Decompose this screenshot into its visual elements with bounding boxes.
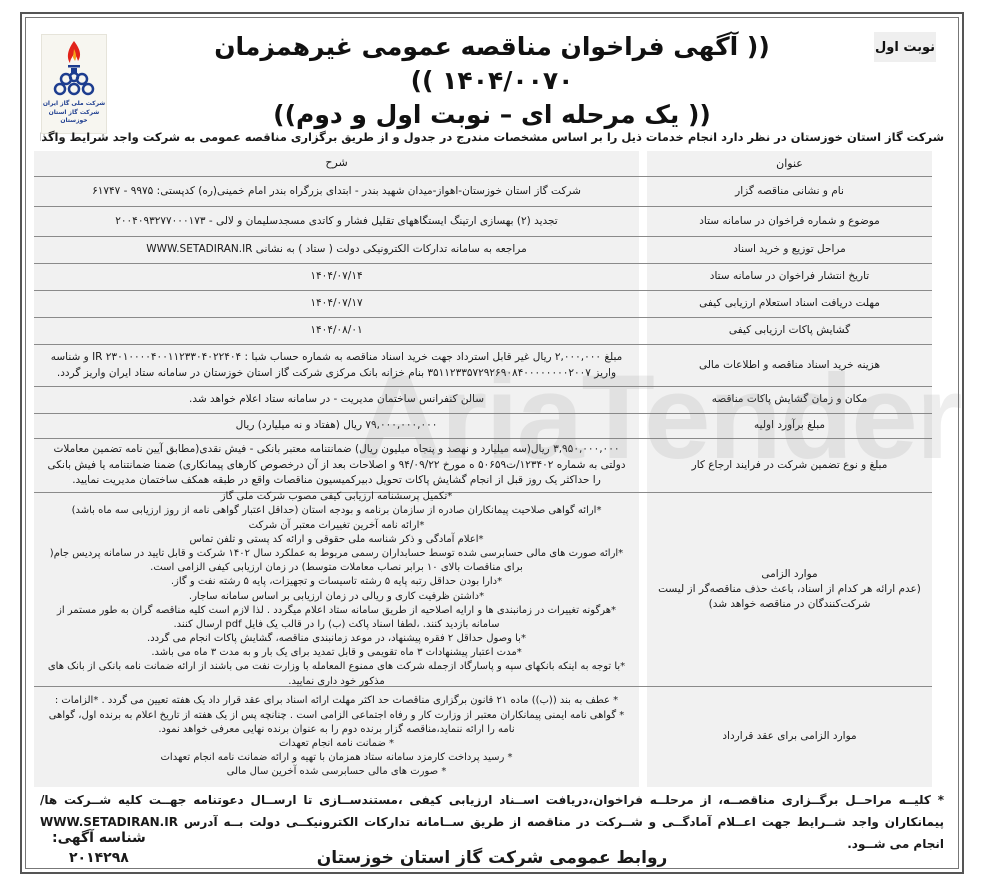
- list-item: *داشتن ظرفیت کاری و ریالی در زمان ارزیاب…: [189, 590, 484, 604]
- ad-identifier: شناسه آگهی: ۲۰۱۴۲۹۸: [52, 828, 146, 868]
- column-header-description: شرح: [34, 151, 639, 176]
- table-row-contract-requirements: موارد الزامی برای عقد قرارداد * عطف به ب…: [34, 687, 932, 787]
- list-item: *ارائه نامه آخرین تغییرات معتبر آن شرکت: [249, 519, 425, 533]
- issue-badge: نوبت اول: [874, 32, 936, 62]
- list-item: * عطف به بند ((ب)) ماده ۲۱ قانون برگزاری…: [55, 694, 618, 708]
- table-row: گشایش پاکات ارزیابی کیفی ۱۴۰۴/۰۸/۰۱: [34, 318, 932, 345]
- list-item: * گواهی نامه ایمنی پیمانکاران معتبر از و…: [42, 709, 631, 737]
- table-header-row: عنوان شرح: [34, 151, 932, 177]
- list-item: *هرگونه تغییرات در زمانبندی ها و ارایه ا…: [42, 604, 631, 632]
- row-description: ۳,۹۵۰,۰۰۰,۰۰۰ ریال(سه میلیارد و نهصد و پ…: [34, 439, 639, 492]
- list-item: *مدت اعتبار پیشنهادات ۳ ماه تقویمی و قاب…: [151, 646, 521, 660]
- tender-details-table: عنوان شرح نام و نشانی مناقصه گزار شرکت گ…: [34, 151, 932, 787]
- list-item: *دارا بودن حداقل رتبه پایه ۵ رشته تاسیسا…: [171, 575, 502, 589]
- row-description: ۱۴۰۴/۰۷/۱۴: [34, 264, 639, 290]
- ad-id-label: شناسه آگهی:: [52, 828, 146, 848]
- row-description: ۱۴۰۴/۰۷/۱۷: [34, 291, 639, 317]
- notice-title-line-2: (( یک مرحله ای – نوبت اول و دوم)): [146, 98, 838, 132]
- notice-inner-frame: شرکت ملی گاز ایران شرکت گاز استان خوزستا…: [25, 17, 959, 869]
- list-item: *ارائه صورت های مالی حسابرسی شده توسط حس…: [42, 547, 631, 575]
- row-description: شرکت گاز استان خوزستان-اهواز-میدان شهید …: [34, 177, 639, 206]
- row-description: سالن کنفرانس ساختمان مدیریت - در سامانه …: [34, 387, 639, 413]
- table-row: مبلغ برآورد اولیه ۷۹,۰۰۰,۰۰۰,۰۰۰ ریال (ه…: [34, 414, 932, 439]
- row-title: موارد الزامی (عدم ارائه هر کدام از اسناد…: [647, 493, 932, 686]
- row-title: موارد الزامی برای عقد قرارداد: [647, 687, 932, 787]
- row-title: نام و نشانی مناقصه گزار: [647, 177, 932, 206]
- ad-id-value: ۲۰۱۴۲۹۸: [52, 848, 146, 868]
- table-row: تاریخ انتشار فراخوان در سامانه ستاد ۱۴۰۴…: [34, 264, 932, 291]
- notice-title-line-1: (( آگهی فراخوان مناقصه عمومی غیرهمزمان ۱…: [146, 30, 838, 98]
- table-row: موضوع و شماره فراخوان در سامانه ستاد تجد…: [34, 207, 932, 237]
- row-description: ۷۹,۰۰۰,۰۰۰,۰۰۰ ریال (هفتاد و نه میلیارد)…: [34, 414, 639, 438]
- row-title: موضوع و شماره فراخوان در سامانه ستاد: [647, 207, 932, 236]
- table-row: هزینه خرید اسناد مناقصه و اطلاعات مالی م…: [34, 345, 932, 387]
- notice-title: (( آگهی فراخوان مناقصه عمومی غیرهمزمان ۱…: [146, 30, 838, 132]
- list-item: * صورت های مالی حسابرسی شده آخرین سال ما…: [227, 765, 447, 779]
- public-relations-signature: روابط عمومی شرکت گاز استان خوزستان: [26, 848, 958, 868]
- row-description: ۱۴۰۴/۰۸/۰۱: [34, 318, 639, 344]
- logo-caption-provincial: شرکت گاز استان خوزستان: [42, 109, 106, 125]
- row-title: تاریخ انتشار فراخوان در سامانه ستاد: [647, 264, 932, 290]
- table-row: نام و نشانی مناقصه گزار شرکت گاز استان خ…: [34, 177, 932, 207]
- table-row-mandatory-items: موارد الزامی (عدم ارائه هر کدام از اسناد…: [34, 493, 932, 687]
- row-title: هزینه خرید اسناد مناقصه و اطلاعات مالی: [647, 345, 932, 386]
- row-title: مکان و زمان گشایش پاکات مناقصه: [647, 387, 932, 413]
- list-item: * رسید پرداخت کارمزد سامانه ستاد همزمان …: [161, 751, 513, 765]
- row-title: مهلت دریافت اسناد استعلام ارزیابی کیفی: [647, 291, 932, 317]
- row-title: گشایش پاکات ارزیابی کیفی: [647, 318, 932, 344]
- row-description: مبلغ ۲,۰۰۰,۰۰۰ ریال غیر قابل استرداد جهت…: [34, 345, 639, 386]
- list-item: *ارائه گواهی صلاحیت پیمانکاران صادره از …: [72, 504, 602, 518]
- footer-note: * کلیــه مراحــل برگــزاری مناقصــه، از …: [40, 789, 944, 855]
- company-logo: شرکت ملی گاز ایران شرکت گاز استان خوزستا…: [41, 34, 107, 134]
- row-title: مراحل توزیع و خرید اسناد: [647, 237, 932, 263]
- table-row: مراحل توزیع و خرید اسناد مراجعه به سامان…: [34, 237, 932, 264]
- list-item: *تکمیل پرسشنامه ارزیابی کیفی مصوب شرکت م…: [221, 490, 453, 504]
- column-header-title: عنوان: [647, 151, 932, 176]
- row-title: مبلغ و نوع تضمین شرکت در فرایند ارجاع کا…: [647, 439, 932, 492]
- mandatory-items-list: *تکمیل پرسشنامه ارزیابی کیفی مصوب شرکت م…: [34, 493, 639, 686]
- row-description: تجدید (۲) بهسازی ارتینگ ایستگاههای تقلیل…: [34, 207, 639, 236]
- list-item: *با توجه به اینکه بانکهای سپه و پاسارگاد…: [42, 660, 631, 688]
- list-item: *با وصول حداقل ۲ فقره پیشنهاد، در موعد ز…: [147, 632, 526, 646]
- contract-requirements-list: * عطف به بند ((ب)) ماده ۲۱ قانون برگزاری…: [34, 687, 639, 787]
- notice-frame: شرکت ملی گاز ایران شرکت گاز استان خوزستا…: [20, 12, 964, 874]
- table-row: مبلغ و نوع تضمین شرکت در فرایند ارجاع کا…: [34, 439, 932, 493]
- table-row: مهلت دریافت اسناد استعلام ارزیابی کیفی ۱…: [34, 291, 932, 318]
- gas-company-emblem-icon: [52, 39, 96, 99]
- row-description: مراجعه به سامانه تدارکات الکترونیکی دولت…: [34, 237, 639, 263]
- list-item: * ضمانت نامه انجام تعهدات: [279, 737, 394, 751]
- logo-caption-national: شرکت ملی گاز ایران: [43, 100, 105, 108]
- intro-paragraph: شرکت گاز استان خوزستان در نظر دارد انجام…: [40, 130, 944, 144]
- list-item: *اعلام آمادگی و ذکر شناسه ملی حقوقی و ار…: [189, 533, 483, 547]
- row-title: مبلغ برآورد اولیه: [647, 414, 932, 438]
- table-row: مکان و زمان گشایش پاکات مناقصه سالن کنفر…: [34, 387, 932, 414]
